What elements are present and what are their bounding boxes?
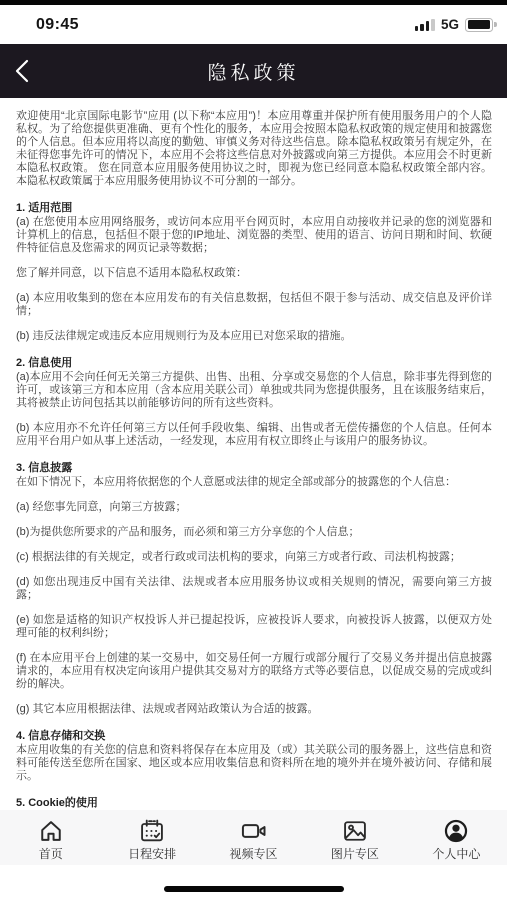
- back-button[interactable]: [0, 44, 46, 98]
- tab-profile-label: 个人中心: [432, 848, 480, 860]
- policy-paragraph: (g) 其它本应用根据法律、法规或者网站政策认为合适的披露。: [16, 703, 492, 716]
- section-heading: 1. 适用范围: [16, 202, 492, 215]
- tab-schedule-label: 日程安排: [128, 848, 176, 860]
- app-screen: 09:45 5G 隐私政策 欢迎使用“北京国际电影节”应用 (以下称“本应用”)…: [0, 0, 507, 900]
- tab-video[interactable]: 视频专区: [203, 810, 304, 865]
- policy-paragraph: (c) 根据法律的有关规定，或者行政或司法机构的要求，向第三方或者行政、司法机构…: [16, 551, 492, 564]
- policy-paragraph: 您了解并同意，以下信息不适用本隐私权政策：: [16, 267, 492, 280]
- policy-paragraph: (e) 如您是适格的知识产权投诉人并已提起投诉，应被投诉人要求，向被投诉人披露，…: [16, 614, 492, 640]
- section-heading: 5. Cookie的使用: [16, 797, 492, 810]
- policy-paragraph: 在如下情况下，本应用将依据您的个人意愿或法律的规定全部或部分的披露您的个人信息：: [16, 476, 492, 489]
- policy-paragraph: (b) 本应用亦不允许任何第三方以任何手段收集、编辑、出售或者无偿传播您的个人信…: [16, 422, 492, 448]
- policy-intro: 欢迎使用“北京国际电影节”应用 (以下称“本应用”)！本应用尊重并保护所有使用服…: [16, 110, 492, 188]
- home-icon: [37, 817, 65, 845]
- section-heading: 3. 信息披露: [16, 462, 492, 475]
- policy-paragraph: (a)本应用不会向任何无关第三方提供、出售、出租、分享或交易您的个人信息，除非事…: [16, 371, 492, 410]
- page-title: 隐私政策: [207, 58, 299, 85]
- status-time: 09:45: [36, 16, 79, 34]
- policy-paragraph: (d) 如您出现违反中国有关法律、法规或者本应用服务协议或相关规则的情况，需要向…: [16, 576, 492, 602]
- network-type-label: 5G: [441, 17, 459, 32]
- tab-schedule[interactable]: 日程安排: [101, 810, 202, 865]
- policy-paragraph: 本应用收集的有关您的信息和资料将保存在本应用及（或）其关联公司的服务器上，这些信…: [16, 744, 492, 783]
- calendar-icon: [138, 817, 166, 845]
- home-indicator-area: [0, 865, 507, 900]
- user-icon: [442, 817, 470, 845]
- bottom-tab-bar: 首页 日程安排 视频专区: [0, 810, 507, 865]
- status-right-cluster: 5G: [415, 17, 495, 32]
- policy-paragraph: (b) 违反法律规定或违反本应用规则行为及本应用已对您采取的措施。: [16, 330, 492, 343]
- tab-home-label: 首页: [39, 848, 63, 860]
- battery-icon: [465, 18, 493, 32]
- policy-paragraph: (a) 经您事先同意，向第三方披露；: [16, 501, 492, 514]
- policy-content-scroll[interactable]: 欢迎使用“北京国际电影节”应用 (以下称“本应用”)！本应用尊重并保护所有使用服…: [0, 98, 507, 810]
- tab-video-label: 视频专区: [230, 848, 278, 860]
- chevron-left-icon: [12, 58, 34, 84]
- tab-pictures[interactable]: 图片专区: [304, 810, 405, 865]
- nav-header: 隐私政策: [0, 44, 507, 98]
- section-heading: 2. 信息使用: [16, 357, 492, 370]
- tab-home[interactable]: 首页: [0, 810, 101, 865]
- tab-profile[interactable]: 个人中心: [406, 810, 507, 865]
- policy-paragraph: (b)为提供您所要求的产品和服务，而必须和第三方分享您的个人信息；: [16, 526, 492, 539]
- image-icon: [341, 817, 369, 845]
- video-icon: [240, 817, 268, 845]
- policy-paragraph: (a) 在您使用本应用网络服务，或访问本应用平台网页时，本应用自动接收并记录的您…: [16, 216, 492, 255]
- policy-paragraph: (a) 本应用收集到的您在本应用发布的有关信息数据，包括但不限于参与活动、成交信…: [16, 292, 492, 318]
- policy-sections: 1. 适用范围(a) 在您使用本应用网络服务，或访问本应用平台网页时，本应用自动…: [16, 202, 492, 810]
- section-heading: 4. 信息存储和交换: [16, 730, 492, 743]
- status-bar: 09:45 5G: [0, 5, 507, 44]
- signal-strength-icon: [415, 19, 435, 31]
- tab-pictures-label: 图片专区: [331, 848, 379, 860]
- home-indicator[interactable]: [164, 886, 344, 892]
- policy-paragraph: (f) 在本应用平台上创建的某一交易中，如交易任何一方履行或部分履行了交易义务并…: [16, 652, 492, 691]
